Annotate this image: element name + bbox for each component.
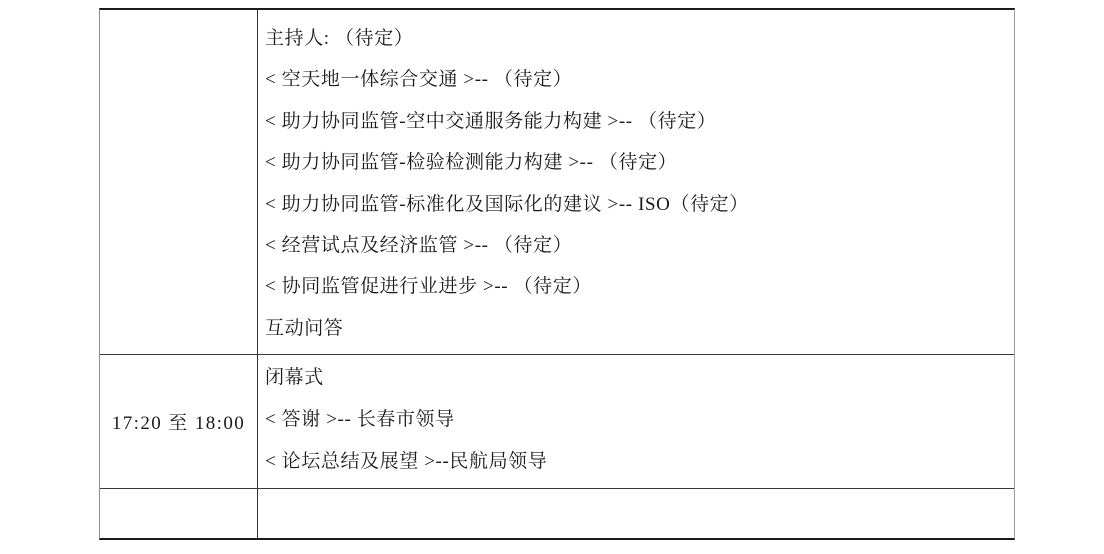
agenda-line-host: 主持人: （待定） [265,18,1006,59]
agenda-line: < 经营试点及经济监管 >-- （待定） [265,225,1006,266]
agenda-line-qa: 互动问答 [265,308,1006,349]
time-cell-empty [100,489,258,538]
table-row-empty [100,488,1014,538]
time-range: 17:20 至 18:00 [112,408,245,435]
content-cell: 主持人: （待定） < 空天地一体综合交通 >-- （待定） < 助力协同监管-… [258,10,1014,354]
content-cell-empty [258,489,1014,538]
agenda-line: < 助力协同监管-标准化及国际化的建议 >-- ISO（待定） [265,184,1006,225]
agenda-line: < 协同监管促进行业进步 >-- （待定） [265,266,1006,307]
document-page: 主持人: （待定） < 空天地一体综合交通 >-- （待定） < 助力协同监管-… [0,0,1104,554]
time-cell: 17:20 至 18:00 [100,355,258,488]
agenda-line: < 助力协同监管-检验检测能力构建 >-- （待定） [265,142,1006,183]
agenda-line-closing: 闭幕式 [265,357,1006,399]
time-cell-empty [100,10,258,354]
agenda-line: < 答谢 >-- 长春市领导 [265,399,1006,441]
agenda-line: < 论坛总结及展望 >--民航局领导 [265,441,1006,483]
agenda-table: 主持人: （待定） < 空天地一体综合交通 >-- （待定） < 助力协同监管-… [99,8,1015,540]
table-row: 主持人: （待定） < 空天地一体综合交通 >-- （待定） < 助力协同监管-… [100,10,1014,354]
agenda-line: < 空天地一体综合交通 >-- （待定） [265,59,1006,100]
agenda-line: < 助力协同监管-空中交通服务能力构建 >-- （待定） [265,101,1006,142]
table-row: 17:20 至 18:00 闭幕式 < 答谢 >-- 长春市领导 < 论坛总结及… [100,354,1014,488]
content-cell: 闭幕式 < 答谢 >-- 长春市领导 < 论坛总结及展望 >--民航局领导 [258,355,1014,488]
